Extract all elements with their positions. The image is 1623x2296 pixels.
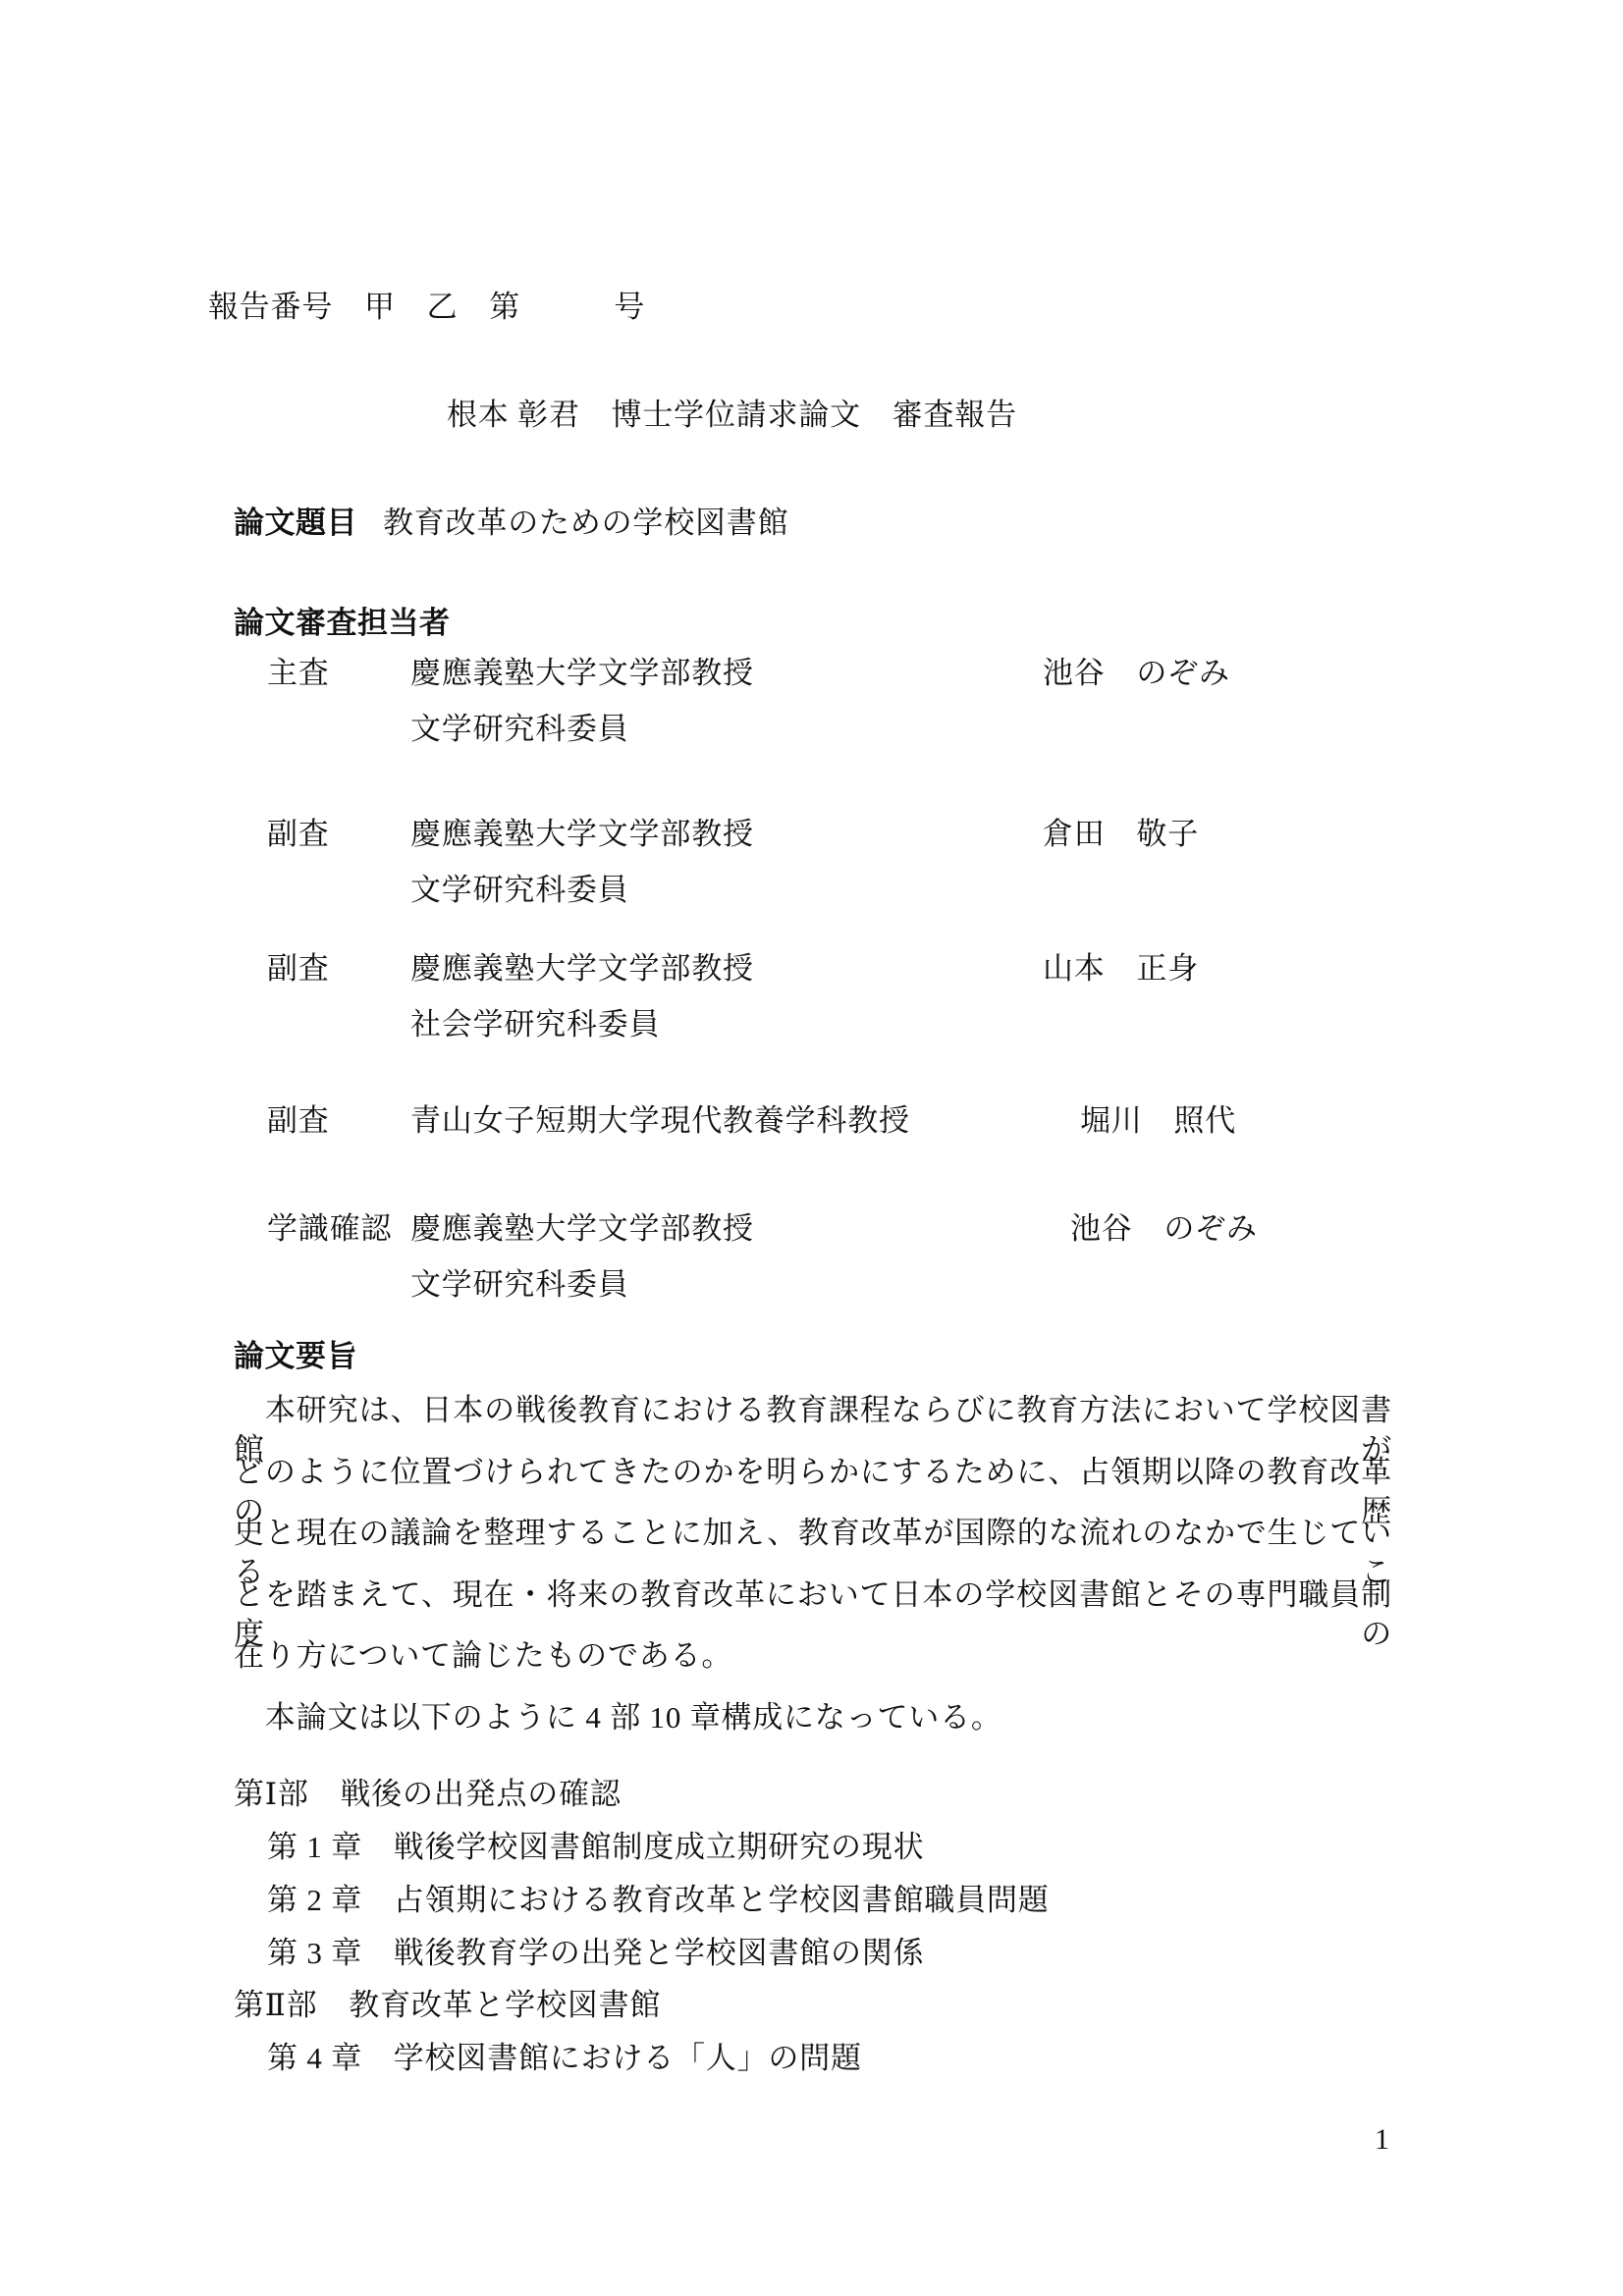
toc-chapter: 第 3 章 戦後教育学の出発と学校図書館の関係 bbox=[267, 1934, 924, 1973]
committee-affiliation-line2: 文学研究科委員 bbox=[410, 710, 629, 749]
abstract-heading: 論文要旨 bbox=[234, 1337, 357, 1376]
committee-role: 主査 bbox=[267, 654, 330, 693]
committee-affiliation: 慶應義塾大学文学部教授 bbox=[410, 815, 754, 854]
abstract-line: 在り方について論じたものである。 bbox=[234, 1636, 732, 1676]
abstract-line: 本論文は以下のように 4 部 10 章構成になっている。 bbox=[234, 1698, 1002, 1737]
committee-role: 学識確認 bbox=[267, 1209, 392, 1249]
toc-chapter: 第 1 章 戦後学校図書館制度成立期研究の現状 bbox=[267, 1828, 924, 1867]
committee-affiliation: 慶應義塾大学文学部教授 bbox=[410, 654, 754, 693]
committee-member-name: 堀川 照代 bbox=[1080, 1101, 1236, 1141]
thesis-title-value: 教育改革のための学校図書館 bbox=[383, 504, 788, 543]
thesis-title-label: 論文題目 bbox=[234, 504, 357, 543]
committee-affiliation-line2: 社会学研究科委員 bbox=[410, 1005, 660, 1044]
toc-chapter: 第 2 章 占領期における教育改革と学校図書館職員問題 bbox=[267, 1881, 1050, 1920]
committee-affiliation: 慶應義塾大学文学部教授 bbox=[410, 1209, 754, 1249]
committee-role: 副査 bbox=[267, 815, 330, 854]
committee-affiliation: 慶應義塾大学文学部教授 bbox=[410, 949, 754, 988]
document-page: 報告番号 甲 乙 第 号 根本 彰君 博士学位請求論文 審査報告 論文題目 教育… bbox=[0, 0, 1623, 2296]
document-title: 根本 彰君 博士学位請求論文 審査報告 bbox=[447, 396, 1017, 435]
committee-affiliation-line2: 文学研究科委員 bbox=[410, 1265, 629, 1305]
committee-role: 副査 bbox=[267, 949, 330, 988]
committee-affiliation-line2: 文学研究科委員 bbox=[410, 871, 629, 910]
committee-role: 副査 bbox=[267, 1101, 330, 1141]
committee-heading: 論文審査担当者 bbox=[234, 604, 451, 643]
committee-member-name: 池谷 のぞみ bbox=[1070, 1209, 1258, 1249]
page-number: 1 bbox=[1375, 2120, 1390, 2160]
report-number-line: 報告番号 甲 乙 第 号 bbox=[208, 288, 645, 327]
committee-member-name: 山本 正身 bbox=[1043, 949, 1199, 988]
toc-part: 第Ⅰ部 戦後の出発点の確認 bbox=[234, 1775, 622, 1814]
committee-affiliation: 青山女子短期大学現代教養学科教授 bbox=[410, 1101, 910, 1141]
toc-chapter: 第 4 章 学校図書館における「人」の問題 bbox=[267, 2039, 862, 2078]
toc-part: 第Ⅱ部 教育改革と学校図書館 bbox=[234, 1986, 661, 2025]
committee-member-name: 池谷 のぞみ bbox=[1043, 654, 1230, 693]
committee-member-name: 倉田 敬子 bbox=[1043, 815, 1199, 854]
